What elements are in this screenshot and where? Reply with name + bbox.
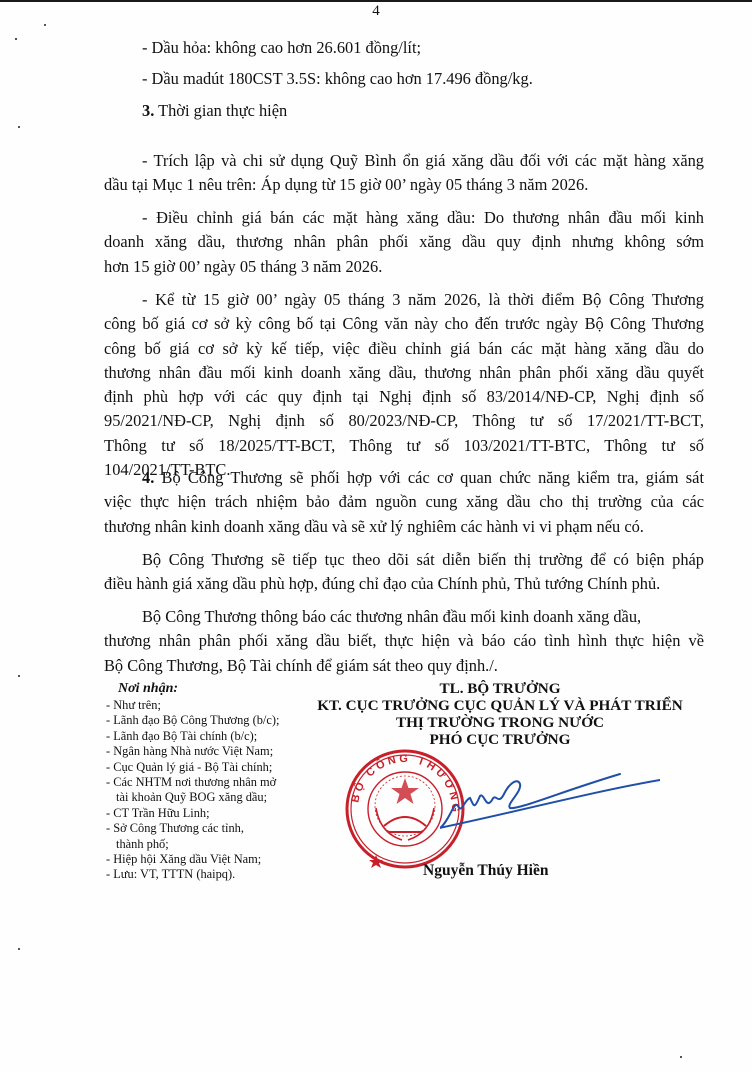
text-line: Bộ Công Thương sẽ tiếp tục theo dõi sát … [104,548,704,572]
text-line: thương nhân kinh doanh xăng dầu và sẽ xử… [104,515,704,539]
text-line: Bộ Công Thương thông báo các thương nhân… [104,605,704,629]
sign-title-line: THỊ TRƯỜNG TRONG NƯỚC [290,714,710,731]
scan-speck [18,675,20,677]
section-3-heading: 3. Thời gian thực hiện [142,99,704,123]
recipient-item: - CT Trần Hữu Linh; [106,806,286,821]
text-line: - Kể từ 15 giờ 00’ ngày 05 tháng 3 năm 2… [104,288,704,312]
text-line: 4. Bộ Công Thương sẽ phối hợp với các cơ… [104,466,704,490]
recipients-title: Nơi nhận: [118,680,286,698]
fuel-price-list: - Dầu hỏa: không cao hơn 26.601 đồng/lít… [104,36,704,123]
text-line: thương nhân phân phối xăng dầu biết, thự… [104,629,704,653]
text-line: Thông tư số 18/2025/TT-BCT, Thông tư số … [104,434,704,458]
text-line: 95/2021/NĐ-CP, Nghị định số 80/2023/NĐ-C… [104,409,704,433]
section-4-paragraph: 4. Bộ Công Thương sẽ phối hợp với các cơ… [104,466,704,539]
text-line: - Điều chỉnh giá bán các mặt hàng xăng d… [104,206,704,230]
signer-name: Nguyễn Thúy Hiền [423,862,548,880]
scan-speck [680,1056,682,1058]
fuel-item-fuel-oil: - Dầu madút 180CST 3.5S: không cao hơn 1… [142,67,704,91]
scan-top-edge [0,0,752,2]
sign-title-line: KT. CỤC TRƯỞNG CỤC QUẢN LÝ VÀ PHÁT TRIỂN [290,697,710,714]
fuel-item-kerosene: - Dầu hỏa: không cao hơn 26.601 đồng/lít… [142,36,704,60]
text-line: việc thực hiện trách nhiệm bảo đảm nguồn… [104,490,704,514]
paragraph-stabilization-fund: - Trích lập và chi sử dụng Quỹ Bình ổn g… [104,149,704,198]
signature-block: TL. BỘ TRƯỞNG KT. CỤC TRƯỞNG CỤC QUẢN LÝ… [290,680,710,748]
paragraph-monitoring: Bộ Công Thương sẽ tiếp tục theo dõi sát … [104,548,704,597]
recipient-item: - Các NHTM nơi thương nhân mở [106,775,286,790]
section-3-number: 3. [142,101,154,120]
recipient-item: - Ngân hàng Nhà nước Việt Nam; [106,744,286,759]
text-line: thương nhân đầu mối kinh doanh xăng dầu,… [104,361,704,385]
recipient-item: - Sở Công Thương các tỉnh, [106,821,286,836]
text-line: doanh xăng dầu, thương nhân phân phối xă… [104,230,704,254]
paragraph-effective-period: - Kể từ 15 giờ 00’ ngày 05 tháng 3 năm 2… [104,288,704,482]
section-4-number: 4. [142,468,154,487]
recipient-item: tài khoản Quỹ BOG xăng dầu; [106,790,286,805]
recipient-item: - Lãnh đạo Bộ Công Thương (b/c); [106,713,286,728]
recipient-item: - Lãnh đạo Bộ Tài chính (b/c); [106,729,286,744]
text-line: định phù hợp với các quy định tại Nghị đ… [104,385,704,409]
recipient-item: - Lưu: VT, TTTN (haipq). [106,867,286,882]
recipient-item: - Như trên; [106,698,286,713]
scan-speck [15,38,17,40]
page-number: 4 [0,3,752,20]
sign-title-line: PHÓ CỤC TRƯỞNG [290,731,710,748]
text-line: công bố giá cơ sở kỳ kế tiếp, việc điều … [104,337,704,361]
paragraph-price-adjustment: - Điều chỉnh giá bán các mặt hàng xăng d… [104,206,704,279]
scan-speck [44,24,46,26]
scan-speck [18,948,20,950]
text-line: hơn 15 giờ 00’ ngày 05 tháng 3 năm 2026. [104,255,704,279]
recipient-item: - Cục Quản lý giá - Bộ Tài chính; [106,760,286,775]
section-3-title: Thời gian thực hiện [154,101,287,120]
scan-speck [18,126,20,128]
sign-title-line: TL. BỘ TRƯỞNG [290,680,710,697]
handwritten-signature-icon [440,770,660,840]
text-line: điều hành giá xăng dầu phù hợp, đúng chỉ… [104,572,704,596]
text-line: - Trích lập và chi sử dụng Quỹ Bình ổn g… [104,149,704,173]
recipients-list: Nơi nhận: - Như trên;- Lãnh đạo Bộ Công … [106,680,286,883]
paragraph-notification: Bộ Công Thương thông báo các thương nhân… [104,605,704,678]
text-line: dầu tại Mục 1 nêu trên: Áp dụng từ 15 gi… [104,173,704,197]
text-line: công bố giá cơ sở kỳ công bố tại Công vă… [104,312,704,336]
recipients-items: - Như trên;- Lãnh đạo Bộ Công Thương (b/… [106,698,286,883]
recipient-item: - Hiệp hội Xăng dầu Việt Nam; [106,852,286,867]
text-line: Bộ Công Thương, Bộ Tài chính để giám sát… [104,654,704,678]
recipient-item: thành phố; [106,837,286,852]
